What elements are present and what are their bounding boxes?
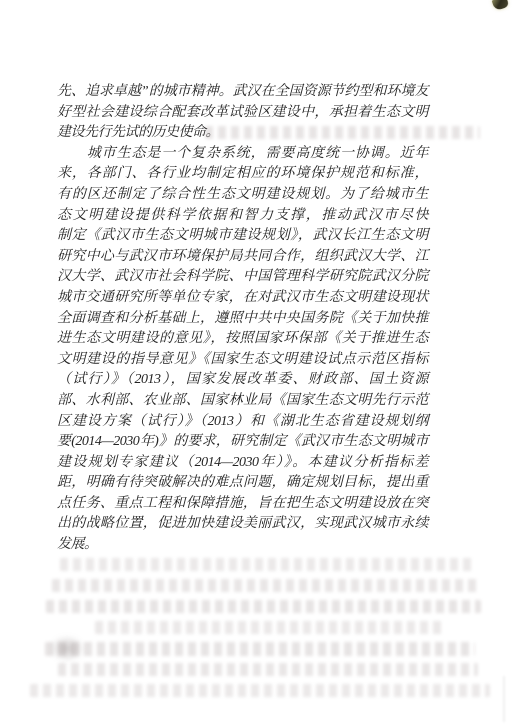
text-line: 建设规划专家建议（2014—2030年）》。本建议分析指标差 [57,453,428,474]
text-line: 区建设方案（试行）》（2013）和《湖北生态省建设规划纲 [57,412,428,433]
bleed-through-row [45,642,475,656]
text-line: 要(2014—2030年)》的要求，研究制定《武汉市生态文明城市 [57,432,428,453]
text-line: 来，各部门、各行业均制定相应的环境保护规范和标准， [57,164,428,185]
text-line: 文明建设的指导意见》《国家生态文明建设试点示范区指标 [57,350,428,371]
body-text: 先、追求卓越”的城市精神。武汉在全国资源节约型和环境友好型社会建设综合配套改革试… [57,82,428,556]
text-line: 全面调查和分析基础上，遵照中共中央国务院《关于加快推 [57,309,428,330]
text-line: 距，明确有待突破解决的难点问题，确定规划目标，提出重 [57,473,428,494]
text-line: 汉大学、武汉市社会科学院、中国管理科学研究院武汉分院 [57,267,428,288]
text-line: 进生态文明建设的意见》，按照国家环保部《关于推进生态 [57,329,428,350]
text-line: 好型社会建设综合配套改革试验区建设中，承担着生态文明 [57,103,428,124]
text-line: 制定《武汉市生态文明城市建设规划》，武汉长江生态文明 [57,226,428,247]
text-line: 先、追求卓越”的城市精神。武汉在全国资源节约型和环境友 [57,82,428,103]
text-line: 态文明建设提供科学依据和智力支撑，推动武汉市尽快 [57,206,428,227]
scan-corner-mark [492,0,510,11]
text-line: 部、水利部、农业部、国家林业局《国家生态文明先行示范 [57,391,428,412]
text-line: 研究中心与武汉市环境保护局共同合作，组织武汉大学、江 [57,247,428,268]
bleed-through-row [46,600,481,613]
text-line: 发展。 [57,535,428,556]
text-line: 点任务、重点工程和保障措施，旨在把生态文明建设放在突 [57,494,428,515]
text-line: （试行）》（2013），国家发展改革委、财政部、国土资源 [57,370,428,391]
text-line: 城市生态是一个复杂系统，需要高度统一协调。近年 [57,144,428,165]
bleed-through-row [60,558,475,571]
text-line: 有的区还制定了综合性生态文明建设规划。为了给城市生 [57,185,428,206]
text-line: 建设先行先试的历史使命。 [57,123,428,144]
page: 先、追求卓越”的城市精神。武汉在全国资源节约型和环境友好型社会建设综合配套改革试… [0,0,512,725]
bleed-through-row [95,621,445,634]
bleed-smudge [49,635,85,662]
bleed-through-row [58,663,478,676]
text-line: 出的战略位置，促进加快建设美丽武汉，实现武汉城市永续 [57,514,428,535]
page-edge-line [503,676,505,722]
bleed-through-row [52,579,477,592]
bleed-through-row [30,684,490,697]
text-line: 城市交通研究所等单位专家，在对武汉市生态文明建设现状 [57,288,428,309]
